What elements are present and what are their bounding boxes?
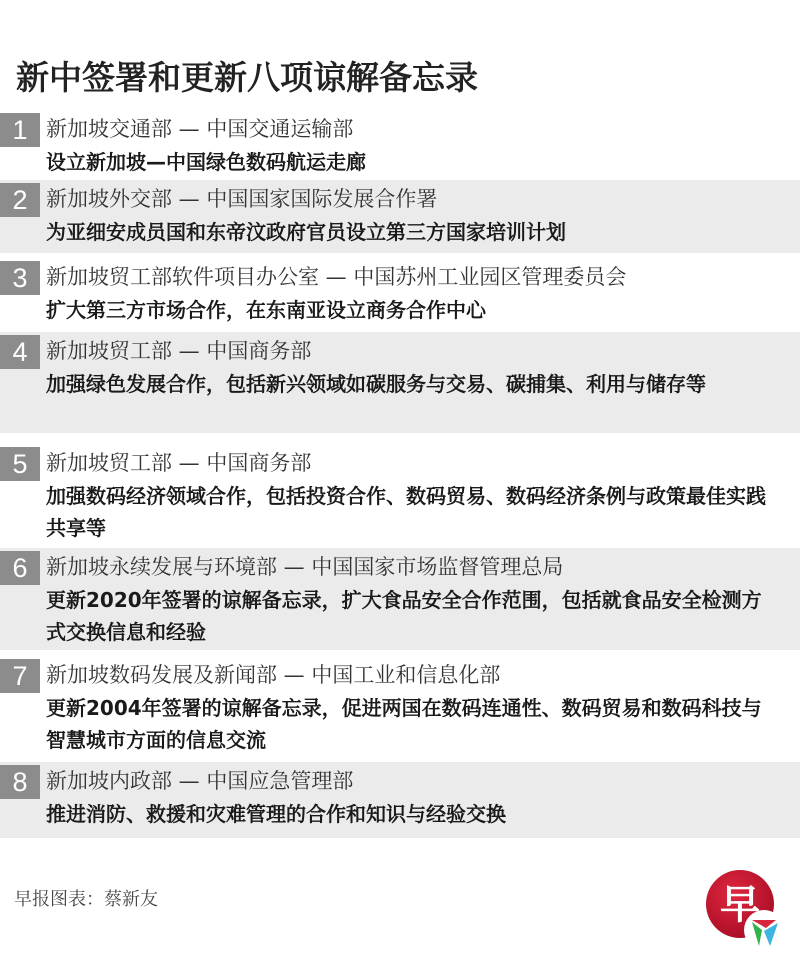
item-description: 更新2004年签署的谅解备忘录，促进两国在数码连通性、数码贸易和数码科技与智慧城… bbox=[46, 692, 776, 756]
item-organizations: 新加坡外交部 — 中国国家国际发展合作署 bbox=[46, 184, 437, 214]
item-organizations: 新加坡永续发展与环境部 — 中国国家市场监督管理总局 bbox=[46, 552, 563, 582]
item-number-badge: 4 bbox=[0, 335, 40, 369]
zaobao-logo-icon: 早 bbox=[704, 868, 788, 952]
item-organizations: 新加坡内政部 — 中国应急管理部 bbox=[46, 766, 353, 796]
list-item: 5 新加坡贸工部 — 中国商务部 加强数码经济领域合作，包括投资合作、数码贸易、… bbox=[0, 444, 800, 540]
list-item: 6 新加坡永续发展与环境部 — 中国国家市场监督管理总局 更新2020年签署的谅… bbox=[0, 548, 800, 650]
list-item: 2 新加坡外交部 — 中国国家国际发展合作署 为亚细安成员国和东帝汶政府官员设立… bbox=[0, 180, 800, 253]
list-item: 7 新加坡数码发展及新闻部 — 中国工业和信息化部 更新2004年签署的谅解备忘… bbox=[0, 656, 800, 752]
list-item: 3 新加坡贸工部软件项目办公室 — 中国苏州工业园区管理委员会 扩大第三方市场合… bbox=[0, 258, 800, 328]
item-number-badge: 6 bbox=[0, 551, 40, 585]
item-number-badge: 8 bbox=[0, 765, 40, 799]
item-organizations: 新加坡贸工部 — 中国商务部 bbox=[46, 448, 311, 478]
list-item: 4 新加坡贸工部 — 中国商务部 加强绿色发展合作，包括新兴领域如碳服务与交易、… bbox=[0, 332, 800, 433]
item-number-badge: 7 bbox=[0, 659, 40, 693]
item-number-badge: 2 bbox=[0, 183, 40, 217]
item-description: 更新2020年签署的谅解备忘录，扩大食品安全合作范围，包括就食品安全检测方式交换… bbox=[46, 584, 776, 648]
graphic-credit: 早报图表：蔡新友 bbox=[14, 885, 158, 911]
item-number-badge: 3 bbox=[0, 261, 40, 295]
item-description: 为亚细安成员国和东帝汶政府官员设立第三方国家培训计划 bbox=[46, 216, 776, 248]
item-description: 加强绿色发展合作，包括新兴领域如碳服务与交易、碳捕集、利用与储存等 bbox=[46, 368, 776, 400]
item-description: 设立新加坡—中国绿色数码航运走廊 bbox=[46, 146, 776, 178]
item-organizations: 新加坡贸工部 — 中国商务部 bbox=[46, 336, 311, 366]
item-description: 加强数码经济领域合作，包括投资合作、数码贸易、数码经济条例与政策最佳实践共享等 bbox=[46, 480, 776, 544]
item-number-badge: 1 bbox=[0, 113, 40, 147]
item-organizations: 新加坡数码发展及新闻部 — 中国工业和信息化部 bbox=[46, 660, 500, 690]
page-title: 新中签署和更新八项谅解备忘录 bbox=[16, 52, 478, 99]
item-number-badge: 5 bbox=[0, 447, 40, 481]
list-item: 1 新加坡交通部 — 中国交通运输部 设立新加坡—中国绿色数码航运走廊 bbox=[0, 110, 800, 178]
item-organizations: 新加坡交通部 — 中国交通运输部 bbox=[46, 114, 353, 144]
item-organizations: 新加坡贸工部软件项目办公室 — 中国苏州工业园区管理委员会 bbox=[46, 262, 626, 292]
list-item: 8 新加坡内政部 — 中国应急管理部 推进消防、救援和灾难管理的合作和知识与经验… bbox=[0, 762, 800, 838]
item-description: 扩大第三方市场合作，在东南亚设立商务合作中心 bbox=[46, 294, 776, 326]
item-description: 推进消防、救援和灾难管理的合作和知识与经验交换 bbox=[46, 798, 776, 830]
